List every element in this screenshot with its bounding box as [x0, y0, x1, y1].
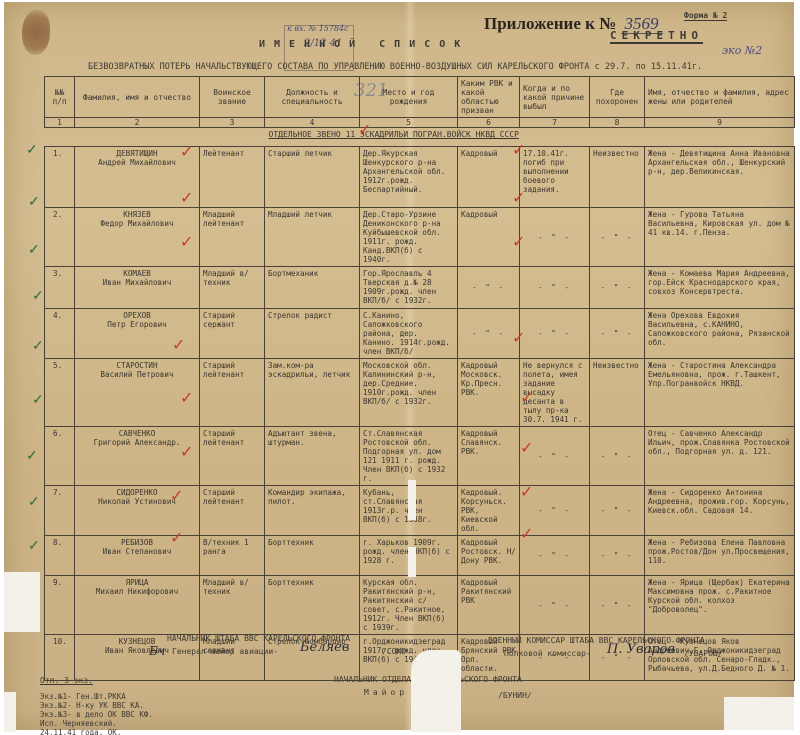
col-number: 5 — [360, 118, 458, 128]
position: Зам.ком-ра эскадрильи, летчик — [265, 359, 360, 427]
position: Старший летчик — [265, 147, 360, 208]
red-check-icon: ✓ — [180, 188, 193, 207]
copies-note: Отп. 3 экз. — [40, 676, 93, 685]
red-check-icon: ✓ — [520, 388, 533, 407]
table-row: 5. СТАРОСТИНВасилий Петрович Старший лей… — [45, 359, 795, 427]
table-row: 9. ЯРИЦАМихаил Никифорович Младший в/тех… — [45, 576, 795, 635]
check-mark-icon: ✓ — [28, 494, 40, 510]
draft-office: - " - — [458, 309, 520, 359]
row-number: 10. — [45, 635, 75, 681]
position: Младший летчик — [265, 208, 360, 267]
next-of-kin: Жена - Старостина Александра Емельяновна… — [645, 359, 795, 427]
loss-details: - " - — [520, 309, 590, 359]
table-row: 8. РЕБИЗОВИван Степанович В/техник 1 ран… — [45, 536, 795, 576]
table-row: 1. ДЕВЯТИЩИНАндрей Михайлович Лейтенант … — [45, 147, 795, 208]
red-check-icon: ✓ — [512, 188, 525, 207]
red-check-icon: ✓ — [520, 482, 533, 501]
birth-info: Дер.Якурская Шенкурского р-на Архангельс… — [360, 147, 458, 208]
document-title: ИМЕННОЙ СПИСОК — [259, 39, 469, 50]
draft-office: Кадровый Ростовск. Н/Дону РВК. — [458, 536, 520, 576]
col-header: Фамилия, имя и отчество — [75, 77, 200, 118]
table-row: 3. КОМАЕВИван Михайлович Младший в/техни… — [45, 267, 795, 309]
document-subtitle: БЕЗВОЗВРАТНЫХ ПОТЕРЬ НАЧАЛЬСТВУЮЩЕГО СОС… — [88, 62, 702, 72]
surname: ДЕВЯТИЩИН — [78, 149, 196, 158]
col-number: 7 — [520, 118, 590, 128]
col-header: Имя, отчество и фамилия, адрес жены или … — [645, 77, 795, 118]
red-check-icon: ✓ — [512, 232, 525, 251]
col-header: Где похоронен — [590, 77, 645, 118]
rank: Младший лейтенант — [200, 208, 265, 267]
rank: В/техник 1 ранга — [200, 536, 265, 576]
loss-details: - " - — [520, 576, 590, 635]
draft-office: - " - — [458, 267, 520, 309]
red-check-icon: ✓ — [180, 142, 193, 161]
check-mark-icon: ✓ — [32, 338, 44, 354]
red-check-icon: ✓ — [512, 140, 525, 159]
header-row: №№ п/п Фамилия, имя и отчество Воинское … — [45, 77, 795, 118]
table-row: 2. КНЯЗЕВФедор Михайлович Младший лейтен… — [45, 208, 795, 267]
check-mark-icon: ✓ — [32, 392, 44, 408]
chief-of-staff-name: /СОКО — [382, 647, 406, 656]
birth-info: С.Канино, Сапожковского района, дер. Кан… — [360, 309, 458, 359]
paper-tear — [408, 480, 416, 520]
burial-place: - " - — [590, 208, 645, 267]
check-mark-icon: ✓ — [26, 142, 38, 158]
position: Бортмеханик — [265, 267, 360, 309]
chief-of-staff-signature: Беляев — [300, 640, 349, 655]
next-of-kin: Жена - Сидоренко Антонина Андреевна, про… — [645, 486, 795, 536]
check-mark-icon: ✓ — [26, 448, 38, 464]
next-of-kin: Жена Орехова Евдокия Васильевна, с.КАНИН… — [645, 309, 795, 359]
surname: СТАРОСТИН — [78, 361, 196, 370]
burial-place: - " - — [590, 576, 645, 635]
draft-office: Кадровый Московск. Кр.Пресн. РВК. — [458, 359, 520, 427]
distribution-item: Экз.№1- Ген.Шт.РККА — [40, 692, 153, 701]
burial-place: Неизвестно — [590, 359, 645, 427]
draft-office: Кадровый — [458, 208, 520, 267]
table-row: 7. СИДОРЕНКОНиколай Устинович Старший ле… — [45, 486, 795, 536]
next-of-kin: Жена - Девятищина Анна Ивановна Архангел… — [645, 147, 795, 208]
given-names: Федор Михайлович — [78, 219, 196, 228]
paper-tear — [4, 692, 16, 732]
paper-tear — [411, 650, 461, 732]
handwritten-corner-note: эко №2 — [722, 44, 762, 57]
col-number: 3 — [200, 118, 265, 128]
position: Адъютант звена, штурман. — [265, 427, 360, 486]
full-name: КОМАЕВИван Михайлович — [75, 267, 200, 309]
position: Стрелок радист — [265, 309, 360, 359]
classification-label: СЕКРЕТНО — [610, 29, 703, 44]
commissar-name: /УВАРОВ/ — [684, 649, 723, 658]
birth-info: Дер.Старо-Урзине Дениконского р-на Куйбы… — [360, 208, 458, 267]
red-check-icon: ✓ — [180, 442, 193, 461]
next-of-kin: Жена - Ребизова Елена Павловна прож.Рост… — [645, 536, 795, 576]
paper-tear — [408, 547, 416, 577]
next-of-kin: Жена - Ярица (Щербак) Екатерина Максимов… — [645, 576, 795, 635]
surname: ЯРИЦА — [78, 578, 196, 587]
next-of-kin: Отец - Савченко Александр Ильич, прож.Сл… — [645, 427, 795, 486]
red-check-icon: ✓ — [520, 438, 533, 457]
rank: Старший лейтенант — [200, 486, 265, 536]
given-names: Петр Егорович — [78, 320, 196, 329]
col-number: 1 — [45, 118, 75, 128]
given-names: Иван Степанович — [78, 547, 196, 556]
distribution-item: Экз.№2- Н-ку УК ВВС КА. — [40, 701, 153, 710]
red-check-icon: ✓ — [172, 335, 185, 354]
position: Борттехник — [265, 536, 360, 576]
rank: Старший лейтенант — [200, 427, 265, 486]
column-number-row: 1 2 3 4 5 6 7 8 9 — [45, 118, 795, 128]
given-names: Григорий Александр. — [78, 438, 196, 447]
burial-place: - " - — [590, 486, 645, 536]
row-number: 5. — [45, 359, 75, 427]
col-number: 2 — [75, 118, 200, 128]
red-check-icon: ✓ — [180, 388, 193, 407]
distribution-item: Экз.№3- в дело ОК ВВС КФ. — [40, 710, 153, 719]
surname: САВЧЕНКО — [78, 429, 196, 438]
paper-tear — [4, 572, 40, 632]
table-row: 4. ОРЕХОВПетр Егорович Старший сержант С… — [45, 309, 795, 359]
appendix-label: Приложение к № — [484, 14, 616, 33]
burial-place: - " - — [590, 309, 645, 359]
col-header: Воинское звание — [200, 77, 265, 118]
rank: Старший сержант — [200, 309, 265, 359]
paper-tear — [724, 697, 794, 730]
birth-info: Гор.Ярославль 4 Тверская д.№ 28 1909г.ро… — [360, 267, 458, 309]
row-number: 4. — [45, 309, 75, 359]
full-name: ЯРИЦАМихаил Никифорович — [75, 576, 200, 635]
col-header: Должность и специальность — [265, 77, 360, 118]
check-mark-icon: ✓ — [28, 538, 40, 554]
given-names: Василий Петрович — [78, 370, 196, 379]
rank: Старший лейтенант — [200, 359, 265, 427]
next-of-kin: Жена - Комаева Мария Андреевна, гор.Ейск… — [645, 267, 795, 309]
col-number: 8 — [590, 118, 645, 128]
col-header: №№ п/п — [45, 77, 75, 118]
rank: Младший в/техник — [200, 267, 265, 309]
rank: Младший в/техник — [200, 576, 265, 635]
row-number: 2. — [45, 208, 75, 267]
red-check-icon: ✓ — [180, 232, 193, 251]
row-number: 9. — [45, 576, 75, 635]
surname: ОРЕХОВ — [78, 311, 196, 320]
initials-mark: Бч — [149, 644, 165, 658]
given-names: Андрей Михайлович — [78, 158, 196, 167]
check-mark-icon: ✓ — [32, 288, 44, 304]
stamp-number: к вх. № 15784с — [287, 24, 349, 33]
burial-place: - " - — [590, 427, 645, 486]
chief-of-staff-rank: Генерал-майор авиации- — [172, 647, 278, 656]
red-check-icon: ✓ — [358, 120, 371, 139]
form-number: Форма № 2 — [684, 11, 727, 21]
rank: Лейтенант — [200, 147, 265, 208]
dept-chief-rank: Майор — [364, 688, 408, 697]
red-check-icon: ✓ — [520, 524, 533, 543]
document-sheet: Приложение к № 3569 Форма № 2 СЕКРЕТНО э… — [4, 2, 794, 730]
col-number: 9 — [645, 118, 795, 128]
col-header: Место и год рождения — [360, 77, 458, 118]
row-number: 1. — [45, 147, 75, 208]
section-heading: ОТДЕЛЬНОЕ ЗВЕНО 11 ЭСКАДРИЛЬИ ПОГРАН.ВОЙ… — [265, 128, 795, 147]
loss-details: - " - — [520, 208, 590, 267]
row-number: 3. — [45, 267, 75, 309]
birth-info: Московской обл. Калининский р-н, дер.Сре… — [360, 359, 458, 427]
ink-stain — [22, 10, 50, 55]
distribution-list: Экз.№1- Ген.Шт.РККА Экз.№2- Н-ку УК ВВС … — [40, 692, 153, 735]
commissar-rank: Полковой комиссар- — [504, 649, 591, 658]
dept-chief-name: /БУНИН/ — [498, 691, 532, 700]
check-mark-icon: ✓ — [28, 194, 40, 210]
given-names: Михаил Никифорович — [78, 587, 196, 596]
draft-office: Кадровый Ракитянский РВК — [458, 576, 520, 635]
loss-details: - " - — [520, 267, 590, 309]
col-header: Когда и по какой причине выбыл — [520, 77, 590, 118]
red-check-icon: ✓ — [170, 528, 183, 547]
loss-details: 17.10.41г. погиб при выполнении боевого … — [520, 147, 590, 208]
red-check-icon: ✓ — [512, 328, 525, 347]
col-number: 4 — [265, 118, 360, 128]
distribution-item: 24.11.41 года. ОК. — [40, 728, 153, 735]
red-check-icon: ✓ — [170, 486, 183, 505]
section-heading-row: ОТДЕЛЬНОЕ ЗВЕНО 11 ЭСКАДРИЛЬИ ПОГРАН.ВОЙ… — [45, 128, 795, 147]
row-number: 8. — [45, 536, 75, 576]
commissar-signature: П. Уваров — [607, 642, 675, 657]
burial-place: Неизвестно — [590, 147, 645, 208]
birth-info: Курская обл. Ракитянский р-н, Ракитянски… — [360, 576, 458, 635]
given-names: Иван Михайлович — [78, 278, 196, 287]
position: Борттехник — [265, 576, 360, 635]
row-number: 6. — [45, 427, 75, 486]
casualty-table: №№ п/п Фамилия, имя и отчество Воинское … — [44, 76, 795, 681]
distribution-item: Исп. Черняевский. — [40, 719, 153, 728]
draft-office: Кадровый. Корсуньск. РВК, Киевской обл. — [458, 486, 520, 536]
burial-place: - " - — [590, 267, 645, 309]
table-row: 6. САВЧЕНКОГригорий Александр. Старший л… — [45, 427, 795, 486]
row-number: 7. — [45, 486, 75, 536]
draft-office: Кадровый — [458, 147, 520, 208]
position: Командир экипажа, пилот. — [265, 486, 360, 536]
draft-office: Кадровый Славянск. РВК. — [458, 427, 520, 486]
check-mark-icon: ✓ — [28, 242, 40, 258]
col-number: 6 — [458, 118, 520, 128]
birth-info: Ст.Славянская Ростовской обл. Подгорная … — [360, 427, 458, 486]
surname: КОМАЕВ — [78, 269, 196, 278]
burial-place: - " - — [590, 536, 645, 576]
surname: КНЯЗЕВ — [78, 210, 196, 219]
col-header: Каким РВК и какой областью призван — [458, 77, 520, 118]
next-of-kin: Жена - Гурова Татьяна Васильевна, Кировс… — [645, 208, 795, 267]
